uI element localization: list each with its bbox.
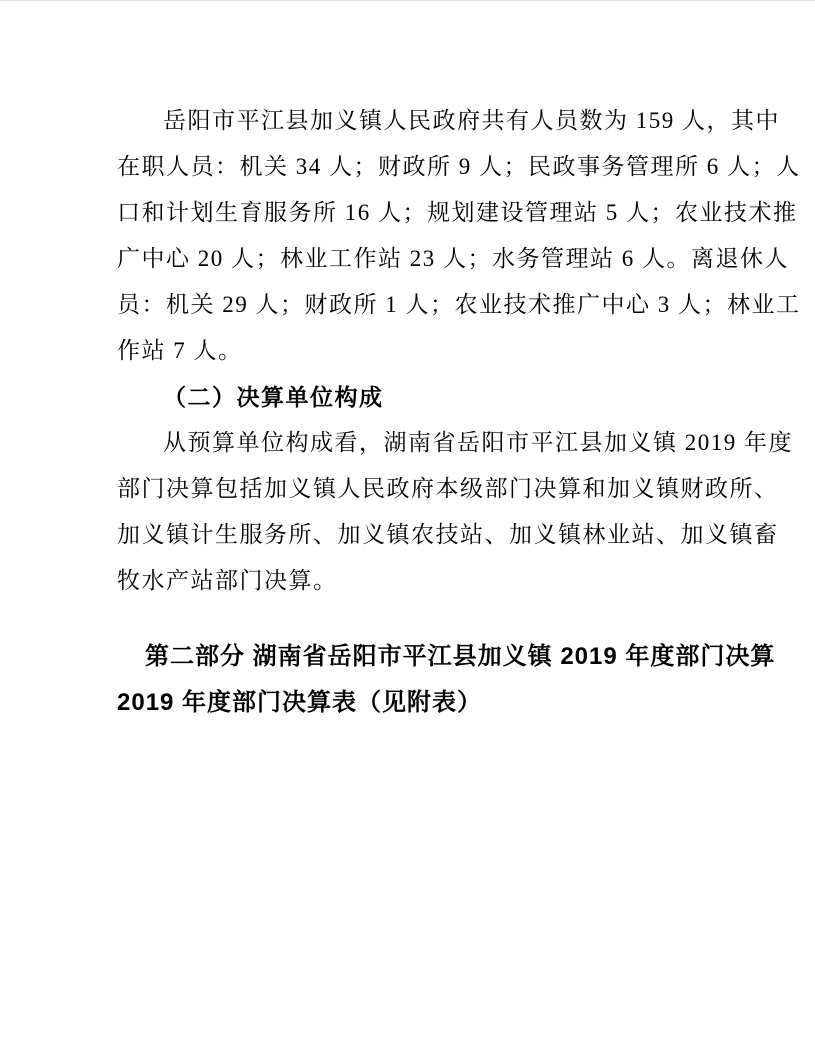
part-heading-line: 2019 年度部门决算表（见附表） (117, 680, 701, 726)
page-top-edge (0, 0, 815, 1)
staffing-paragraph-line: 口和计划生育服务所 16 人；规划建设管理站 5 人；农业技术推 (117, 190, 701, 236)
document-page: 岳阳市平江县加义镇人民政府共有人员数为 159 人，其中 在职人员：机关 34 … (0, 0, 815, 1055)
document-body: 岳阳市平江县加义镇人民政府共有人员数为 159 人，其中 在职人员：机关 34 … (117, 98, 701, 726)
staffing-paragraph-line: 员：机关 29 人；财政所 1 人；农业技术推广中心 3 人；林业工 (117, 282, 701, 328)
units-paragraph-line: 部门决算包括加义镇人民政府本级部门决算和加义镇财政所、 (117, 466, 701, 512)
units-paragraph-line: 牧水产站部门决算。 (117, 558, 701, 604)
staffing-paragraph-line: 广中心 20 人；林业工作站 23 人；水务管理站 6 人。离退休人 (117, 236, 701, 282)
section-gap (117, 604, 701, 634)
section-heading: （二）决算单位构成 (117, 374, 701, 420)
staffing-paragraph-line: 作站 7 人。 (117, 328, 701, 374)
staffing-paragraph-line: 岳阳市平江县加义镇人民政府共有人员数为 159 人，其中 (117, 98, 701, 144)
units-paragraph-line: 加义镇计生服务所、加义镇农技站、加义镇林业站、加义镇畜 (117, 512, 701, 558)
units-paragraph-line: 从预算单位构成看，湖南省岳阳市平江县加义镇 2019 年度 (117, 420, 701, 466)
staffing-paragraph-line: 在职人员：机关 34 人；财政所 9 人；民政事务管理所 6 人；人 (117, 144, 701, 190)
part-heading-line: 第二部分 湖南省岳阳市平江县加义镇 2019 年度部门决算 (117, 634, 701, 680)
